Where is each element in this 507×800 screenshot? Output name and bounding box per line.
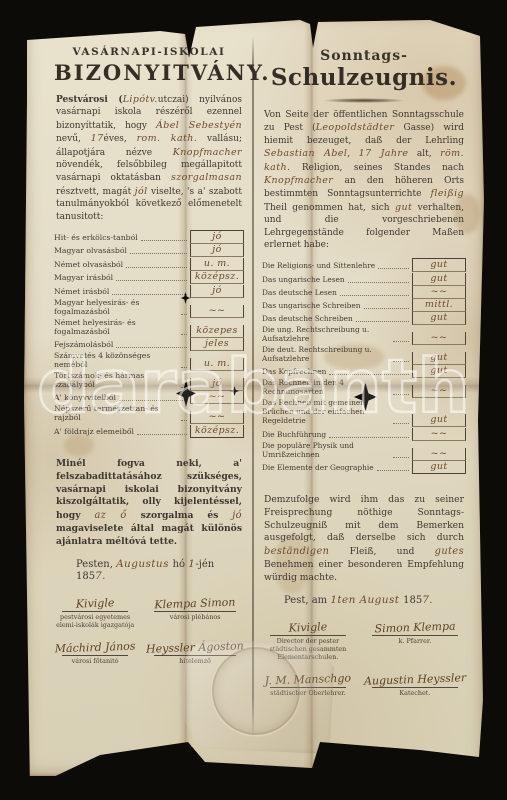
- signature-caption: városi plébános: [146, 613, 244, 621]
- signature-block: Simon Klempa k. Pfarrer.: [364, 621, 466, 661]
- subject-grade: jó: [190, 285, 244, 298]
- hu-title-big: BIZONYITVÁNY.: [54, 60, 244, 85]
- handwritten-entry: gut: [395, 202, 412, 213]
- printed-text: magaviselete által magát különös ajánlat…: [56, 523, 242, 547]
- column-divider-rule: [252, 36, 254, 738]
- printed-text: hó: [173, 559, 189, 570]
- hu-closing-paragraph: Minél fogva neki, a' felszabadittatásáho…: [56, 458, 242, 549]
- dot-leader: [130, 252, 187, 254]
- subject-row: Magyar irásból középsz.: [54, 271, 244, 284]
- subject-label: A' földrajz elemeiből: [54, 427, 134, 438]
- subject-grade: u. m.: [190, 358, 244, 371]
- dot-leader: [340, 294, 409, 296]
- signature-handwriting: Kivigle: [262, 619, 354, 635]
- dot-leader: [364, 307, 409, 309]
- subject-grade: u. m.: [190, 258, 244, 271]
- handwritten-entry: Ábel Sebestyén: [156, 120, 242, 131]
- subject-grade: mittl.: [412, 299, 466, 312]
- subject-label: Német helyesirás- és fogalmazásból: [54, 318, 178, 338]
- subject-grade: ~~: [190, 411, 244, 424]
- dot-leader: [393, 393, 409, 395]
- printed-text: szorgalma és: [127, 510, 233, 521]
- printed-text: 185: [403, 595, 422, 606]
- subject-row: Die ung. Rechtschreibung u. Aufsatzlehre…: [262, 325, 466, 345]
- subject-label: Das Rechnen mit gemeinen Brüchen und der…: [262, 398, 390, 427]
- subject-label: Die ung. Rechtschreibung u. Aufsatzlehre: [262, 325, 390, 345]
- subject-row: Das Kopfrechnen gut: [262, 365, 466, 378]
- dot-leader: [141, 239, 187, 241]
- subject-grade: gut: [412, 352, 466, 365]
- subject-label: Die deut. Rechtschreibung u. Aufsatzlehr…: [262, 345, 390, 365]
- dot-leader: [377, 469, 409, 471]
- subject-grade: gut: [412, 414, 466, 427]
- handwritten-entry: Leopoldstädter: [316, 122, 395, 133]
- dot-leader: [181, 366, 187, 368]
- printed-text: nevű,: [56, 134, 91, 144]
- subject-row: Német irásból jó: [54, 284, 244, 297]
- subject-row: Német helyesirás- és fogalmazásból közep…: [54, 318, 244, 338]
- dot-leader: [126, 266, 187, 268]
- subject-grade: jó: [190, 378, 244, 391]
- subject-grade: ~~: [190, 391, 244, 404]
- printed-text: Pesten,: [76, 559, 116, 570]
- subject-row: Die Elemente der Geographie gut: [262, 461, 466, 474]
- dot-leader: [393, 456, 409, 458]
- dot-leader: [116, 279, 187, 281]
- handwritten-entry: beständigen: [264, 546, 329, 557]
- ornament-divider: [322, 98, 406, 103]
- subject-row: Népszerű természettan- és rajzból ~~: [54, 404, 244, 424]
- subject-grade: gut: [412, 365, 466, 378]
- printed-text: Theil genommen hat, sich: [264, 203, 395, 213]
- signature-handwriting: Klempa Simon: [146, 595, 244, 611]
- document-paper: VASÁRNAPI-ISKOLAI BIZONYITVÁNY. Pestváro…: [24, 14, 484, 776]
- de-title-small: Sonntags-: [262, 48, 466, 64]
- dot-leader: [116, 346, 187, 348]
- handwritten-entry: rom. kath.: [137, 133, 198, 144]
- subject-label: Das ungarische Lesen: [262, 275, 345, 286]
- subject-grade: középsz.: [190, 425, 244, 438]
- subject-label: Die Religions- und Sittenlehre: [262, 261, 375, 272]
- subject-label: Magyar olvasásból: [54, 246, 127, 257]
- subject-label: Magyar helyesirás- és fogalmazásból: [54, 298, 178, 318]
- printed-text: Fleiß, und: [329, 546, 434, 557]
- signature-handwriting: Simon Klempa: [364, 619, 467, 636]
- subject-row: Die deut. Rechtschreibung u. Aufsatzlehr…: [262, 345, 466, 365]
- subject-row: Die Religions- und Sittenlehre gut: [262, 258, 466, 272]
- signature-caption: városi főtanitó: [54, 657, 136, 665]
- handwritten-entry: szorgalmasan: [171, 172, 242, 183]
- printed-text: résztvett, magát: [56, 187, 135, 197]
- de-title-big: Schulzeugnis.: [262, 64, 466, 91]
- printed-text: Benehmen einer besonderen Empfehlung wür…: [264, 559, 464, 583]
- subject-row: Die Buchführung ~~: [262, 427, 466, 440]
- signature-caption: Katechet.: [364, 689, 466, 697]
- handwritten-entry: jó: [232, 510, 242, 521]
- signature-block: Augustin Heyssler Katechet.: [364, 673, 466, 697]
- printed-text: éves,: [104, 134, 137, 144]
- dot-leader: [393, 340, 409, 342]
- dot-leader: [393, 360, 409, 362]
- subject-row: Das ungarische Lesen gut: [262, 272, 466, 285]
- dot-leader: [348, 281, 409, 283]
- subject-label: Das deutsche Schreiben: [262, 314, 353, 325]
- signature-block: Máchird János városi főtanitó: [54, 641, 136, 665]
- subject-label: Die populäre Physik und Umrißzeichnen: [262, 441, 390, 461]
- subject-grade: jó: [190, 244, 244, 257]
- subject-row: Fejszámolásból jeles: [54, 338, 244, 351]
- subject-row: Törtszámok- és hármas szabályból jó: [54, 371, 244, 391]
- handwritten-entry: jól: [135, 186, 148, 197]
- dot-leader: [181, 333, 187, 335]
- signature-rule: [270, 635, 346, 636]
- subject-row: Hit- és erkölcs-tanból jó: [54, 230, 244, 244]
- subject-label: Német olvasásból: [54, 260, 123, 271]
- subject-label: Das Kopfrechnen: [262, 367, 326, 378]
- signature-handwriting: Kivigle: [54, 595, 137, 611]
- subject-grade: ~~: [412, 448, 466, 461]
- signature-caption: pestvárosi egyetemes elemi-iskolák igazg…: [54, 613, 136, 629]
- handwritten-entry: fleißig: [431, 188, 464, 199]
- signature-caption: k. Pfarrer.: [364, 637, 466, 645]
- signature-block: Klempa Simon városi plébános: [146, 597, 244, 629]
- subject-label: Számvetés 4 közönséges neméből: [54, 351, 178, 371]
- subject-row: A' könyvvitelből ~~: [54, 391, 244, 404]
- subject-label: Német irásból: [54, 287, 109, 298]
- subject-label: Die Elemente der Geographie: [262, 463, 374, 474]
- dot-leader: [378, 267, 409, 269]
- handwritten-entry: 7.: [95, 570, 106, 582]
- subject-row: Magyar helyesirás- és fogalmazásból ~~: [54, 298, 244, 318]
- handwritten-entry: Knopfmacher: [173, 147, 242, 158]
- subject-label: Die Buchführung: [262, 430, 326, 441]
- dot-leader: [112, 293, 187, 295]
- signature-rule: [154, 611, 236, 612]
- dot-leader: [329, 436, 409, 438]
- subject-row: Das ungarische Schreiben mittl.: [262, 299, 466, 312]
- subject-row: Magyar olvasásból jó: [54, 244, 244, 257]
- subject-row: A' földrajz elemeiből középsz.: [54, 424, 244, 437]
- subject-grade: gut: [412, 273, 466, 286]
- subject-grade: ~~: [412, 286, 466, 299]
- dot-leader: [356, 320, 409, 322]
- printed-text: alt,: [408, 149, 440, 159]
- subject-grade: közepes: [190, 325, 244, 338]
- signature-rule: [62, 611, 128, 612]
- subject-grade: gut: [412, 461, 466, 474]
- signature-handwriting: Máchird János: [54, 639, 137, 655]
- embossed-seal: [182, 640, 334, 754]
- dot-leader: [329, 373, 409, 375]
- printed-text: Pest, am: [284, 595, 330, 606]
- subject-label: Magyar irásból: [54, 273, 113, 284]
- subject-label: Törtszámok- és hármas szabályból: [54, 371, 178, 391]
- printed-text: ,: [347, 149, 358, 159]
- dot-leader: [181, 313, 187, 315]
- subject-grade: ~~: [412, 332, 466, 345]
- dot-leader: [393, 422, 409, 424]
- signature-block: Kivigle pestvárosi egyetemes elemi-iskol…: [54, 597, 136, 629]
- hu-intro-paragraph: Pestvárosi (Lipótv.utczai) nyilvános vas…: [56, 93, 242, 223]
- dot-leader: [181, 419, 187, 421]
- handwritten-entry: 7.: [422, 594, 433, 606]
- subject-grade: ~~: [412, 428, 466, 441]
- de-date-line: Pest, am 1ten August 1857.: [262, 594, 466, 606]
- subject-row: Német olvasásból u. m.: [54, 257, 244, 270]
- subject-row: Das deutsche Schreiben gut: [262, 312, 466, 325]
- printed-text: Pestvárosi (: [56, 95, 123, 105]
- handwritten-entry: Sebastian Abel: [264, 148, 347, 159]
- hu-date-line: Pesten, Augustus hó 1-jén 1857.: [54, 558, 244, 582]
- handwritten-entry: gutes: [435, 546, 464, 557]
- handwritten-entry: 17: [91, 133, 104, 144]
- subject-label: A' könyvvitelből: [54, 393, 116, 404]
- de-subject-table: Die Religions- und Sittenlehre gut Das u…: [262, 258, 466, 473]
- signature-rule: [62, 655, 128, 656]
- handwritten-entry: 1ten August: [330, 594, 403, 606]
- handwritten-entry: az ő: [94, 510, 126, 521]
- subject-label: Das ungarische Schreiben: [262, 301, 361, 312]
- subject-label: Népszerű természettan- és rajzból: [54, 404, 178, 424]
- subject-row: Die populäre Physik und Umrißzeichnen ~~: [262, 441, 466, 461]
- subject-grade: középsz.: [190, 271, 244, 284]
- de-closing-paragraph: Demzufolge wird ihm das zu seiner Freisp…: [264, 494, 464, 585]
- hu-subject-table: Hit- és erkölcs-tanból jó Magyar olvasás…: [54, 230, 244, 438]
- subject-grade: jeles: [190, 338, 244, 351]
- hu-title-small: VASÁRNAPI-ISKOLAI: [54, 46, 244, 58]
- subject-label: Das deutsche Lesen: [262, 288, 337, 299]
- handwritten-entry: Lipótv.: [123, 94, 158, 105]
- hungarian-column: VASÁRNAPI-ISKOLAI BIZONYITVÁNY. Pestváro…: [54, 32, 244, 665]
- subject-row: Das deutsche Lesen ~~: [262, 286, 466, 299]
- subject-grade: ~~: [412, 385, 466, 398]
- handwritten-entry: Augustus: [116, 558, 173, 570]
- subject-grade: ~~: [190, 305, 244, 318]
- subject-grade: gut: [412, 258, 466, 272]
- printed-text: Demzufolge wird ihm das zu seiner Freisp…: [264, 494, 464, 544]
- subject-row: Számvetés 4 közönséges neméből u. m.: [54, 351, 244, 371]
- subject-label: Fejszámolásból: [54, 340, 113, 351]
- german-column: Sonntags- Schulzeugnis. Von Seite der öf…: [262, 32, 466, 697]
- handwritten-entry: Knopfmacher: [264, 175, 333, 186]
- subject-grade: jó: [190, 230, 244, 244]
- subject-label: Hit- és erkölcs-tanból: [54, 233, 138, 244]
- de-intro-paragraph: Von Seite der öffentlichen Sonntagsschul…: [264, 109, 464, 251]
- handwritten-entry: 17 Jahre: [359, 148, 409, 159]
- subject-grade: gut: [412, 312, 466, 325]
- printed-text: Religion, seines Standes nach: [290, 163, 464, 173]
- dot-leader: [137, 433, 187, 435]
- signature-handwriting: Augustin Heyssler: [364, 671, 467, 688]
- dot-leader: [119, 399, 187, 401]
- seal-circle: [212, 647, 300, 735]
